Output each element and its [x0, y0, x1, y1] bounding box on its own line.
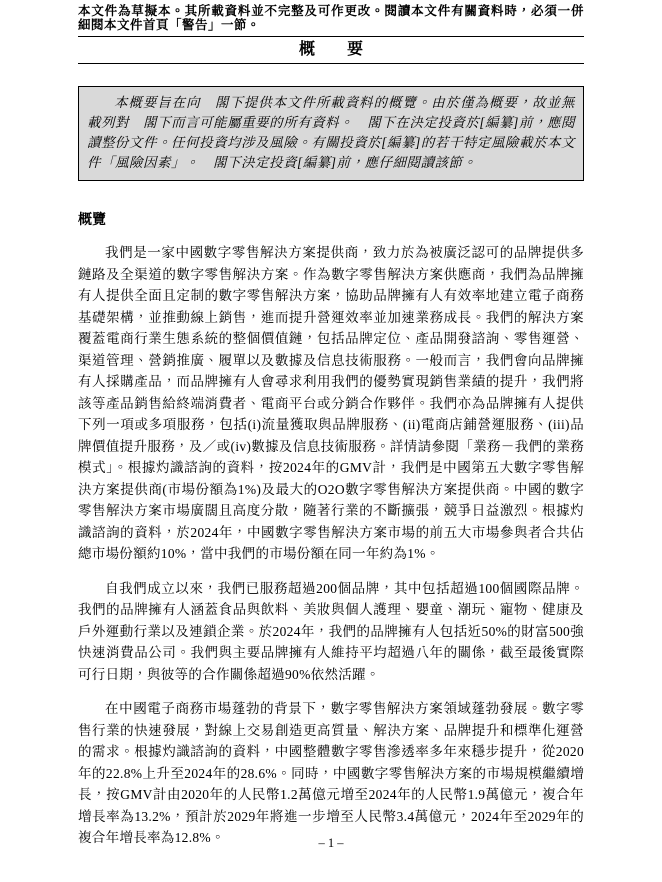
overview-paragraph-2: 自我們成立以來，我們已服務超過200個品牌，其中包括超過100個國際品牌。我們的…	[78, 578, 584, 686]
page-number: – 1 –	[0, 837, 662, 850]
section-title: 概 要	[78, 37, 584, 63]
summary-notice-box: 本概要旨在向 閣下提供本文件所載資料的概覽。由於僅為概要，故並無載列對 閣下而言…	[78, 86, 584, 181]
overview-heading: 概覽	[78, 212, 584, 227]
main-content: 概覽 我們是一家中國數字零售解決方案提供商，致力於為被廣泛認可的品牌提供多鏈路及…	[78, 212, 584, 849]
overview-paragraph-1: 我們是一家中國數字零售解決方案提供商，致力於為被廣泛認可的品牌提供多鏈路及全渠道…	[78, 242, 584, 565]
draft-disclaimer-text: 本文件為草擬本。其所載資料並不完整及可作更改。閱讀本文件有關資料時，必須一併細閱…	[78, 4, 584, 32]
header-rule-bottom	[78, 63, 584, 64]
overview-paragraph-3: 在中國電子商務市場蓬勃的背景下，數字零售解決方案領域蓬勃發展。數字零售行業的快速…	[78, 698, 584, 849]
document-page: 本文件為草擬本。其所載資料並不完整及可作更改。閱讀本文件有關資料時，必須一併細閱…	[0, 0, 662, 882]
summary-notice-text: 本概要旨在向 閣下提供本文件所載資料的概覽。由於僅為概要，故並無載列對 閣下而言…	[87, 93, 575, 173]
